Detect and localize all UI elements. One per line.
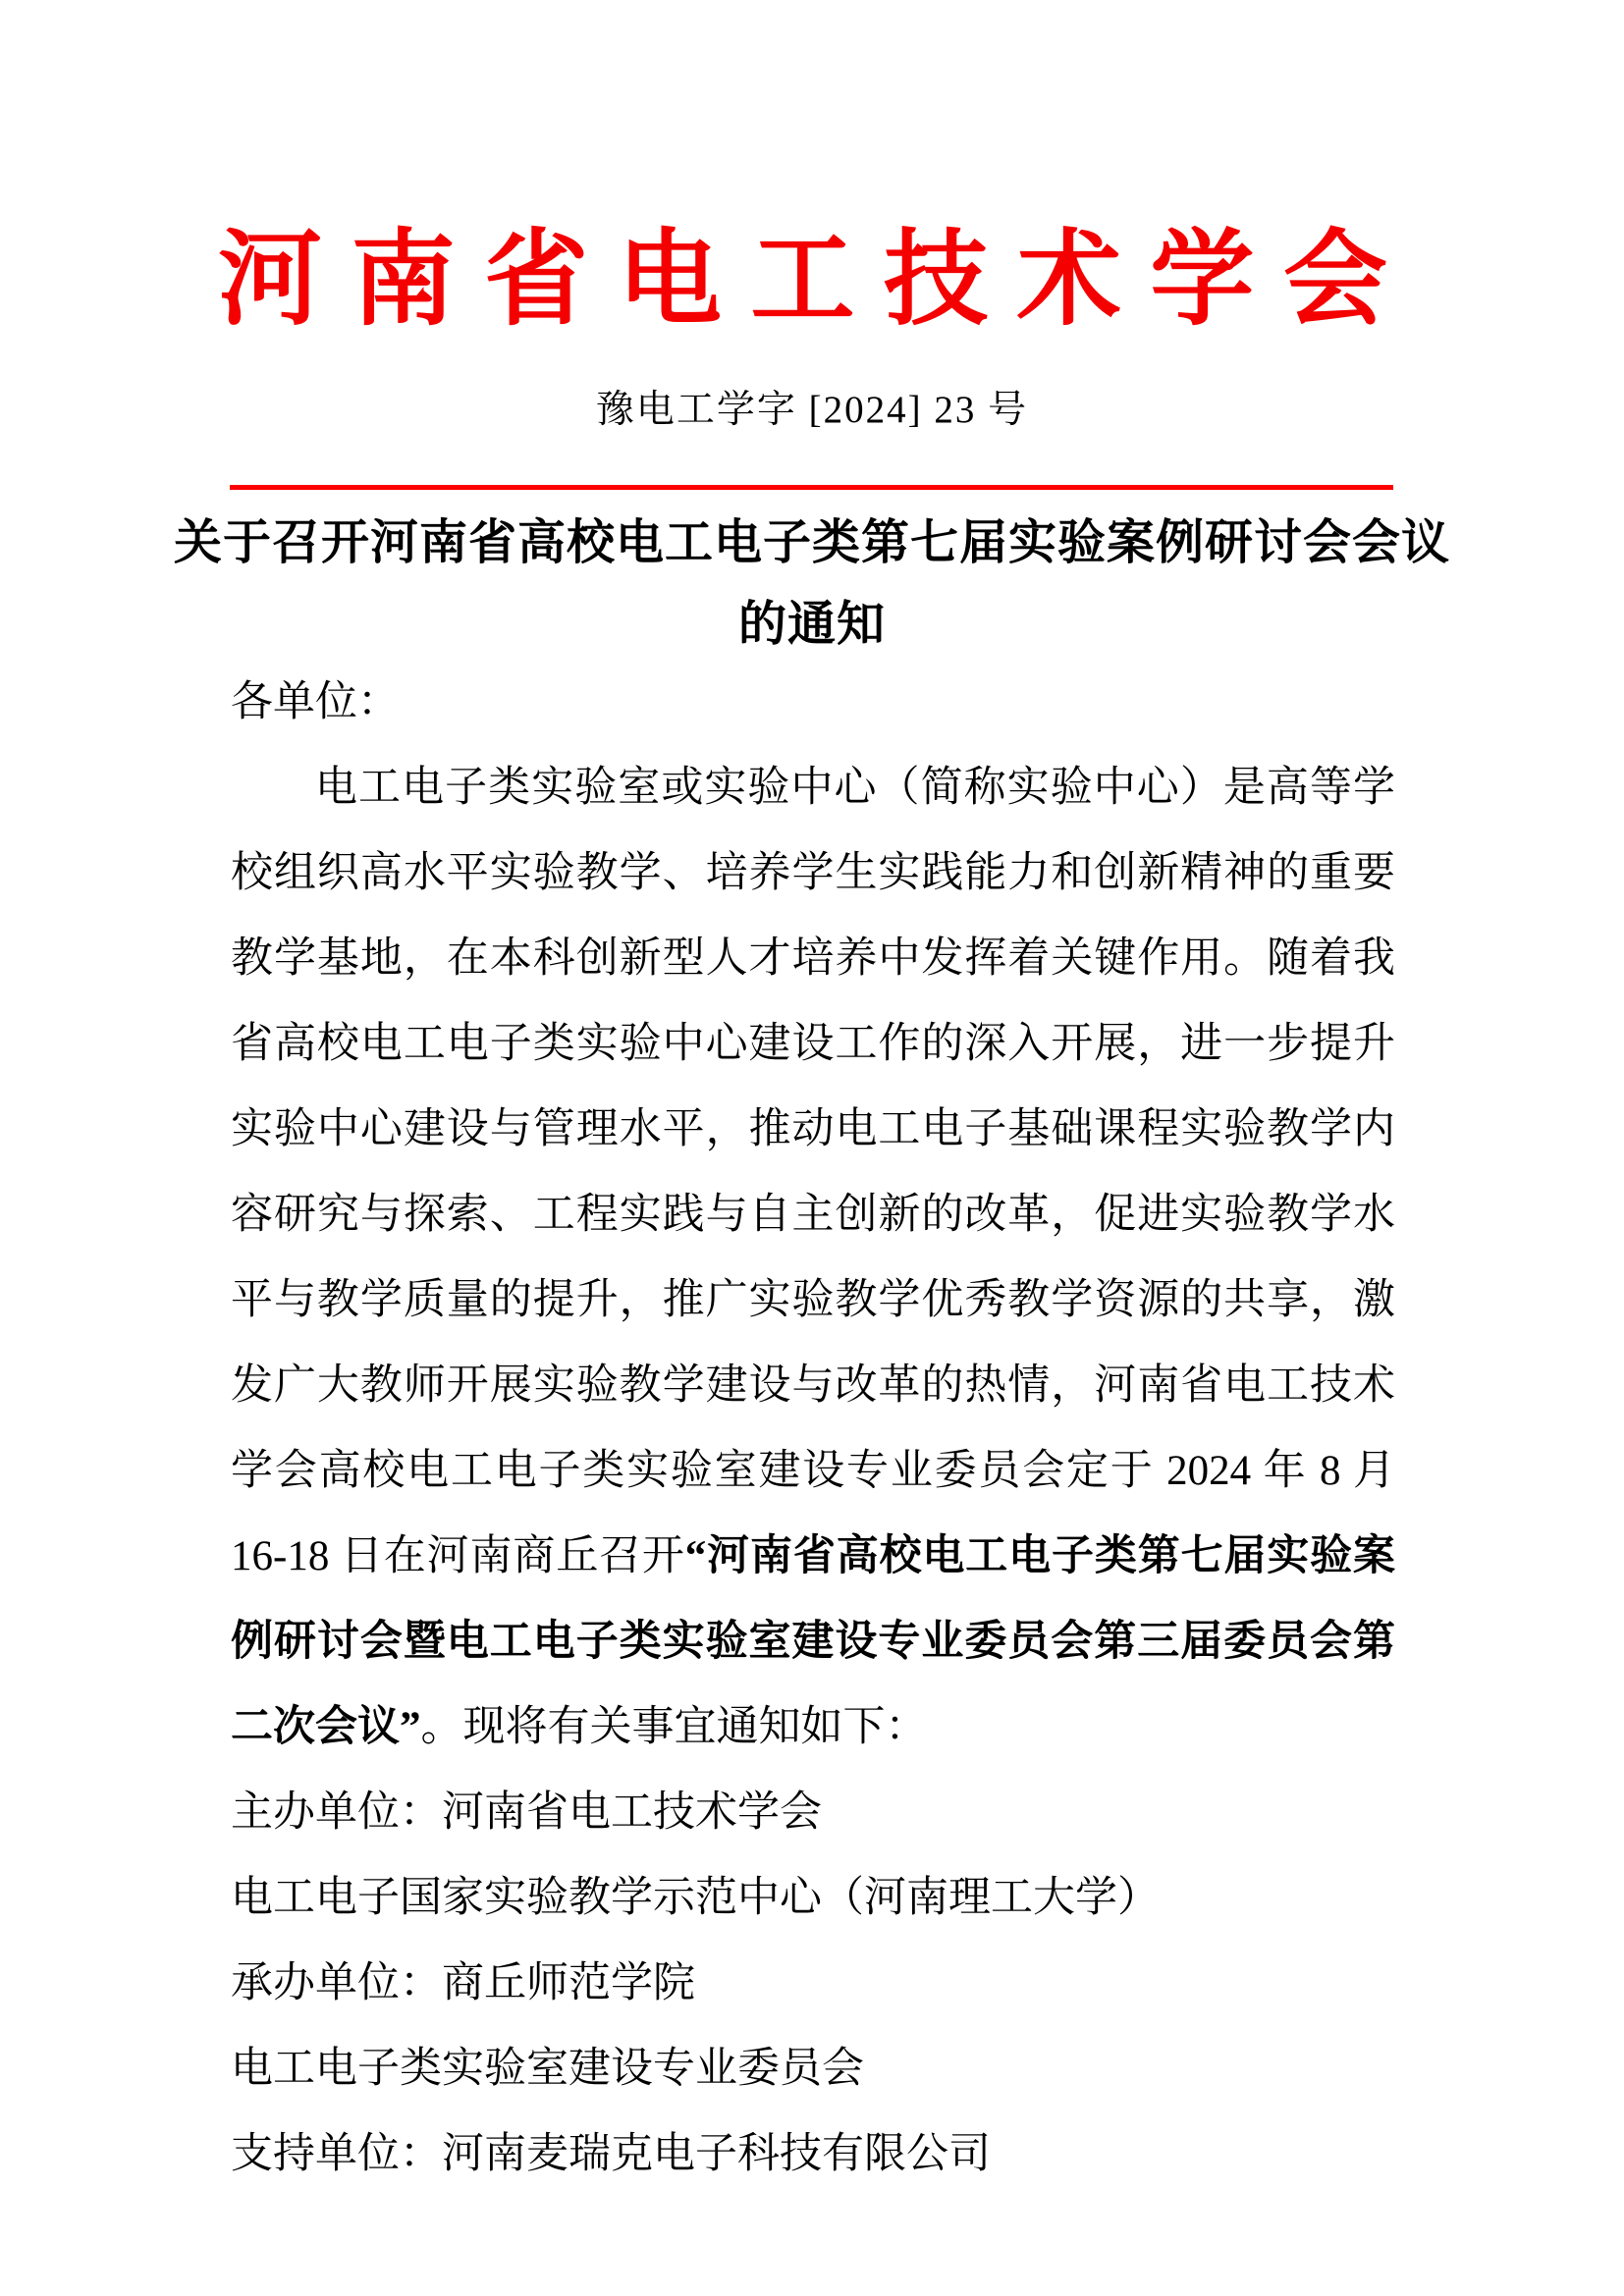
unit-line-organizer: 承办单位：商丘师范学院 bbox=[231, 1941, 1395, 2026]
notice-body: 各单位： 电工电子类实验室或实验中心（简称实验中心）是高等学校组织高水平实验教学… bbox=[231, 660, 1395, 2197]
org-title-char: 省 bbox=[484, 224, 588, 333]
notice-title: 关于召开河南省高校电工电子类第七届实验案例研讨会会议 的通知 bbox=[0, 503, 1624, 666]
salutation: 各单位： bbox=[231, 660, 1395, 745]
org-title-char: 工 bbox=[751, 224, 855, 333]
body-paragraph: 电工电子类实验室或实验中心（简称实验中心）是高等学校组织高水平实验教学、培养学生… bbox=[231, 745, 1395, 1770]
notice-title-line2: 的通知 bbox=[0, 584, 1624, 666]
unit-line-organizer-2: 电工电子类实验室建设专业委员会 bbox=[231, 2026, 1395, 2111]
org-title-char: 会 bbox=[1283, 224, 1387, 333]
org-title-char: 南 bbox=[352, 224, 456, 333]
unit-line-host: 主办单位：河南省电工技术学会 bbox=[231, 1770, 1395, 1855]
org-title-char: 电 bbox=[618, 224, 722, 333]
org-title-char: 学 bbox=[1150, 224, 1254, 333]
doc-number: 豫电工学字 [2024] 23 号 bbox=[0, 387, 1624, 434]
document-page: 河南省电工技术学会 豫电工学字 [2024] 23 号 关于召开河南省高校电工电… bbox=[0, 0, 1624, 2296]
org-title-char: 技 bbox=[884, 224, 988, 333]
org-title-char: 河 bbox=[218, 224, 322, 333]
body-text-regular: 电工电子类实验室或实验中心（简称实验中心）是高等学校组织高水平实验教学、培养学生… bbox=[231, 765, 1395, 1579]
body-text-tail: 。现将有关事宜通知如下： bbox=[421, 1704, 928, 1750]
unit-line-host-2: 电工电子国家实验教学示范中心（河南理工大学） bbox=[231, 1855, 1395, 1941]
letterhead-divider-rule bbox=[230, 485, 1393, 490]
unit-line-supporter: 支持单位：河南麦瑞克电子科技有限公司 bbox=[231, 2111, 1395, 2197]
notice-title-line1: 关于召开河南省高校电工电子类第七届实验案例研讨会会议 bbox=[0, 503, 1624, 584]
letterhead-org-title: 河南省电工技术学会 bbox=[218, 224, 1387, 333]
org-title-char: 术 bbox=[1017, 224, 1121, 333]
